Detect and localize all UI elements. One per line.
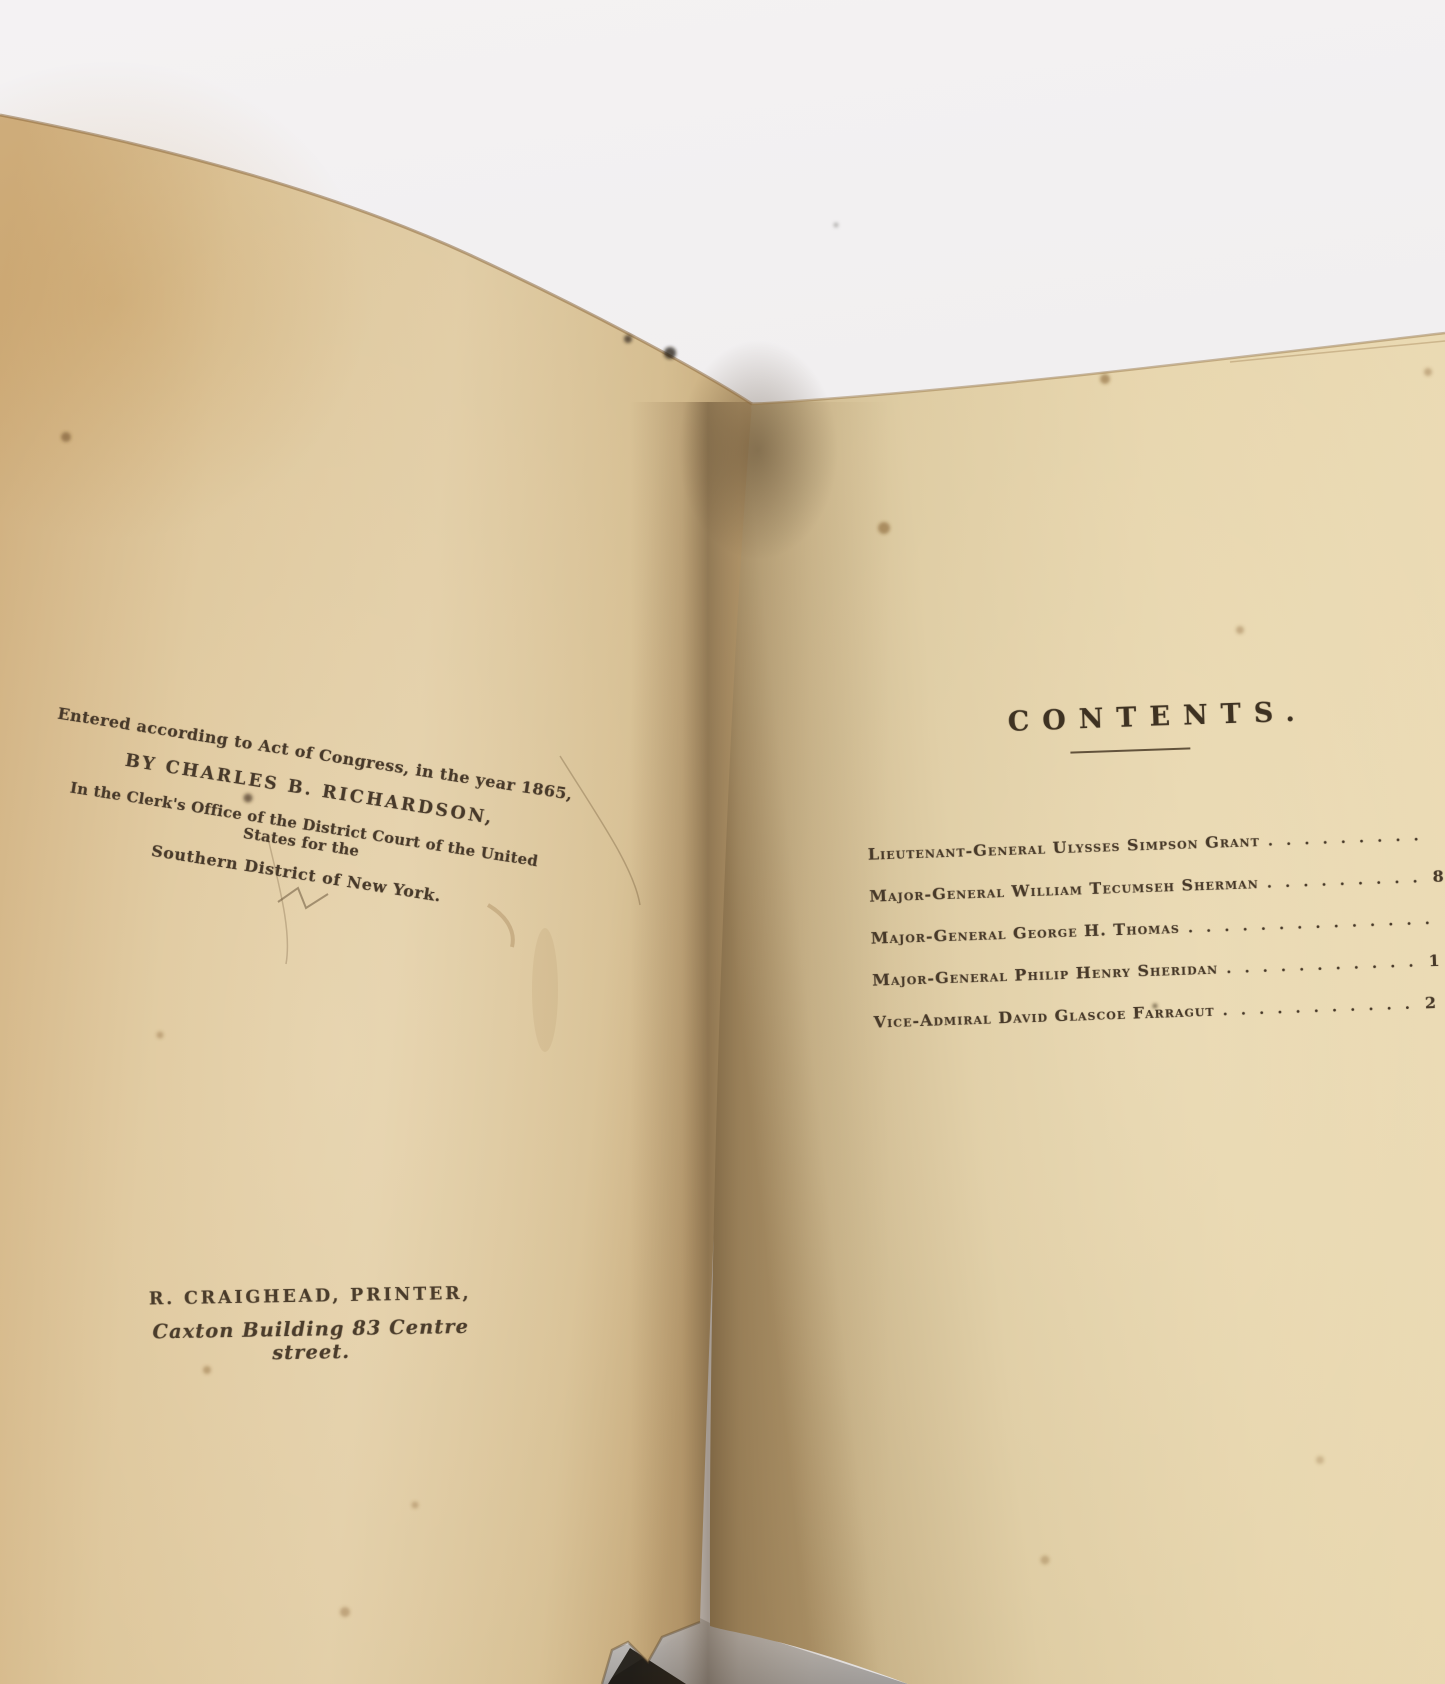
entry-page-number [1431, 825, 1434, 844]
contents-block: CONTENTS. Lieutenant-General Ulysses Sim… [800, 664, 1445, 1055]
entry-title: Vice-Admiral David Glascoe Farragut [873, 1001, 1215, 1032]
contents-entry: Lieutenant-General Ulysses Simpson Grant… [867, 822, 1445, 867]
entry-page-number: 2 [1423, 993, 1438, 1012]
entry-page-number: 8 [1430, 867, 1445, 886]
contents-entry: Major-General George H. Thomas..........… [870, 906, 1445, 951]
contents-list: Lieutenant-General Ulysses Simpson Grant… [805, 820, 1445, 1036]
entry-leader-dots: .............. [1179, 910, 1443, 937]
book-photo: Entered according to Act of Congress, in… [0, 0, 1445, 1684]
entry-leader-dots: ......... [1258, 868, 1431, 892]
entry-leader-dots: ......... [1259, 826, 1432, 850]
entry-leader-dots: ........... [1218, 952, 1427, 977]
entry-page-number: 1 [1426, 951, 1441, 970]
contents-rule [1070, 747, 1190, 753]
entry-title: Major-General Philip Henry Sheridan [872, 959, 1219, 990]
contents-entry: Major-General William Tecumseh Sherman..… [869, 864, 1445, 909]
entry-title: Major-General George H. Thomas [870, 918, 1180, 948]
printer-line-2: Caxton Building 83 Centre street. [119, 1314, 504, 1367]
contents-entry: Vice-Admiral David Glascoe Farragut.....… [873, 990, 1445, 1035]
contents-entry: Major-General Philip Henry Sheridan.....… [872, 948, 1445, 993]
entry-title: Lieutenant-General Ulysses Simpson Grant [868, 831, 1261, 864]
entry-title: Major-General William Tecumseh Sherman [869, 873, 1259, 906]
entry-leader-dots: ........... [1214, 994, 1423, 1019]
contents-heading: CONTENTS. [801, 690, 1445, 745]
printer-block: R. CRAIGHEAD, PRINTER, Caxton Building 8… [118, 1283, 503, 1367]
